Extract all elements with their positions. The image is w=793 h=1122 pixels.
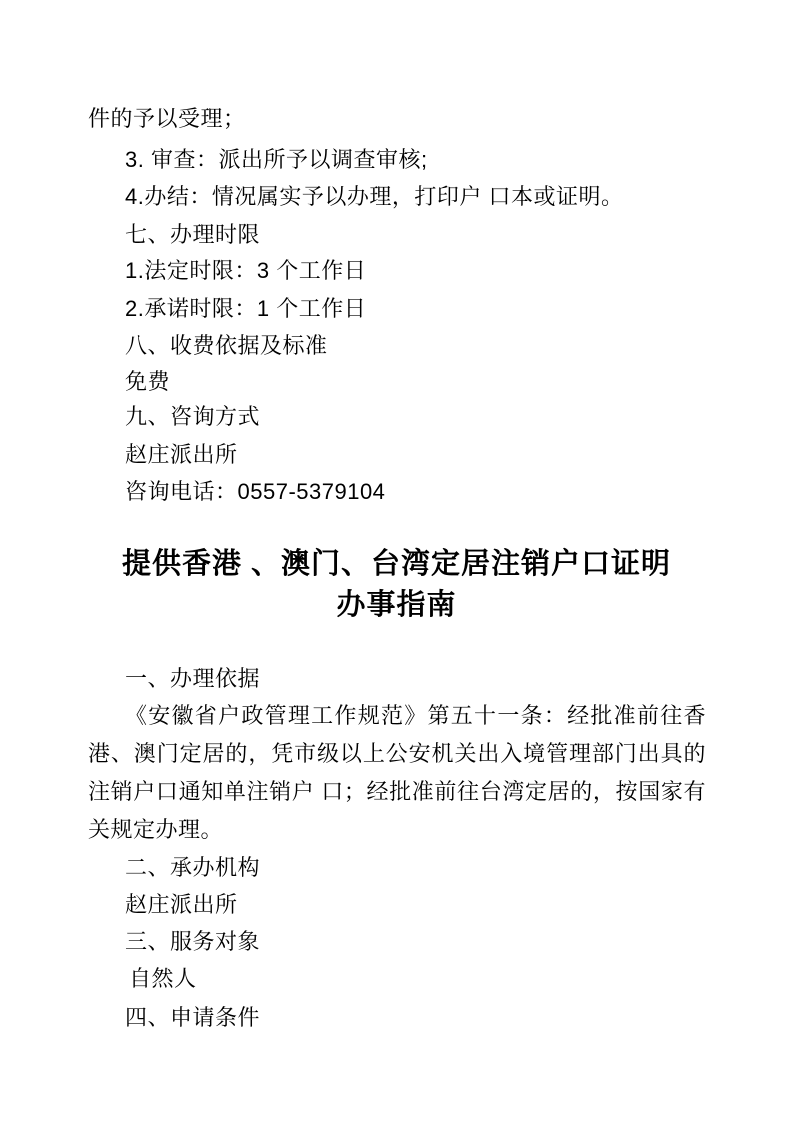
document-title-line2: 办事指南: [0, 585, 793, 626]
statutory-time-limit-line: 1.法定时限：3 个工作日: [125, 258, 366, 284]
section-heading-time-limit: 七、办理时限: [125, 222, 260, 248]
section-heading-service-target: 三、服务对象: [125, 929, 260, 955]
promised-time-limit-line: 2.承诺时限：1 个工作日: [125, 296, 366, 322]
step-review-line: 3. 审查：派出所予以调查审核;: [125, 147, 428, 173]
contact-phone-line: 咨询电话：0557-5379104: [125, 479, 385, 505]
fee-free-text: 免费: [125, 369, 170, 395]
section-heading-agency: 二、承办机构: [125, 855, 260, 881]
section-heading-fees: 八、收费依据及标准: [125, 333, 328, 359]
document-title-line1: 提供香港 、澳门、台湾定居注销户口证明: [0, 544, 793, 585]
document-title: 提供香港 、澳门、台湾定居注销户口证明 办事指南: [0, 544, 793, 626]
section-heading-basis: 一、办理依据: [125, 666, 260, 692]
section-heading-contact: 九、咨询方式: [125, 404, 260, 430]
step-completion-line: 4.办结：情况属实予以办理，打印户 口本或证明。: [125, 184, 623, 210]
document-page: 件的予以受理； 3. 审查：派出所予以调查审核; 4.办结：情况属实予以办理，打…: [0, 0, 793, 1122]
agency-name: 赵庄派出所: [125, 892, 238, 918]
police-station-name-top: 赵庄派出所: [125, 442, 238, 468]
section-heading-application-conditions: 四、申请条件: [125, 1005, 260, 1031]
basis-paragraph: 《安徽省户政管理工作规范》第五十一条：经批准前往香港、澳门定居的，凭市级以上公安…: [88, 697, 706, 849]
service-target-text: 自然人: [129, 966, 197, 992]
acceptance-continuation-text: 件的予以受理；: [88, 106, 246, 132]
